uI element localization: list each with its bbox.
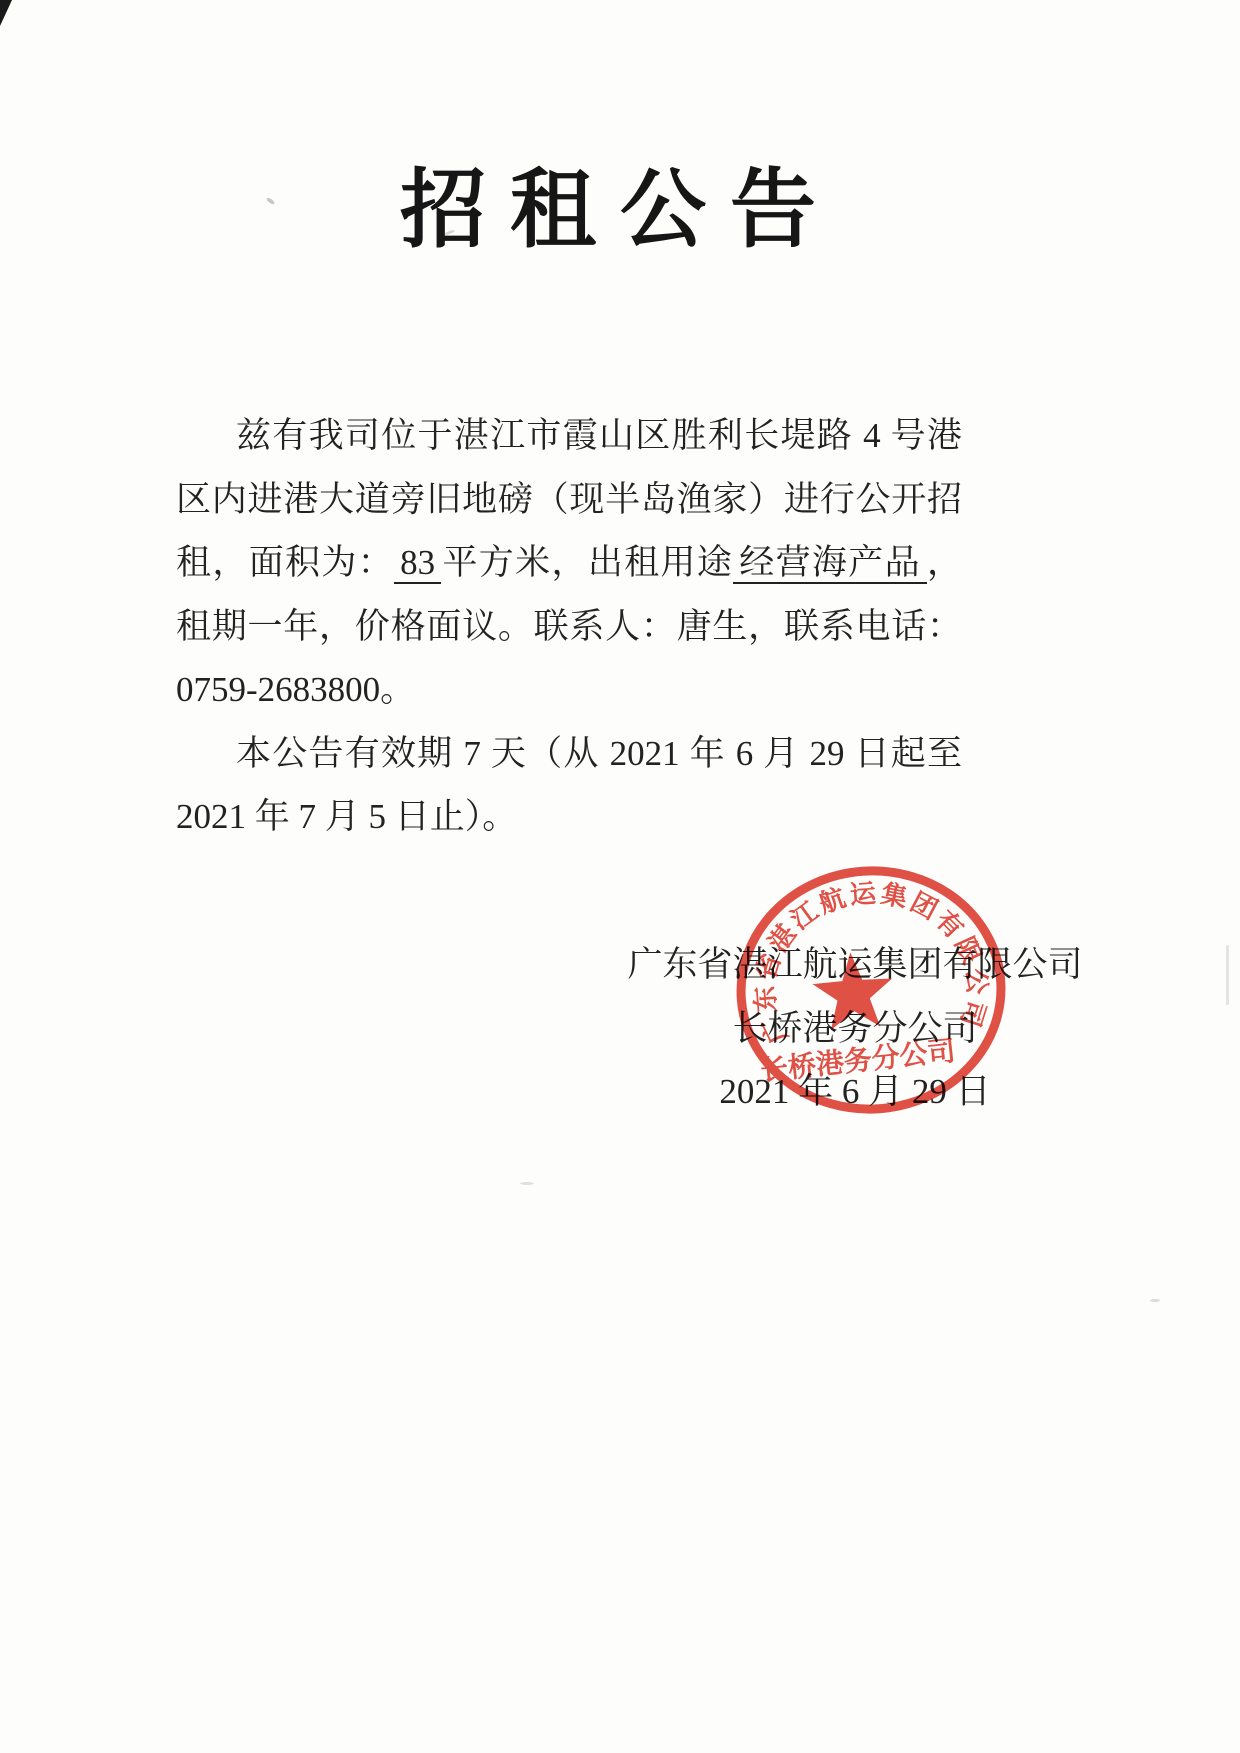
scan-artifact-corner (0, 0, 12, 26)
usage-value-underlined: 经营海产品 (733, 543, 927, 584)
scanned-document-page: 招租公告 兹有我司位于湛江市霞山区胜利长堤路 4 号港区内进港大道旁旧地磅（现半… (0, 0, 1240, 1753)
body-text-segment: 平方米，出租用途 (441, 543, 733, 582)
signature-date: 2021 年 6 月 29 日 (535, 1060, 1175, 1124)
area-value-underlined: 83 (394, 543, 441, 584)
paragraph-validity-period: 本公告有效期 7 天（从 2021 年 6 月 29 日起至 2021 年 7 … (176, 722, 962, 849)
scan-artifact (1150, 1299, 1160, 1302)
scan-artifact (1226, 945, 1229, 1005)
scan-artifact (520, 1182, 534, 1185)
signature-company: 广东省湛江航运集团有限公司 (535, 933, 1175, 997)
document-title: 招租公告 (0, 140, 1240, 264)
paragraph-rental-details: 兹有我司位于湛江市霞山区胜利长堤路 4 号港区内进港大道旁旧地磅（现半岛渔家）进… (176, 404, 962, 722)
signature-block: 广东省湛江航运集团有限公司 长桥港务分公司 2021 年 6 月 29 日 (535, 933, 1175, 1124)
signature-branch: 长桥港务分公司 (535, 997, 1175, 1061)
document-body: 兹有我司位于湛江市霞山区胜利长堤路 4 号港区内进港大道旁旧地磅（现半岛渔家）进… (176, 404, 962, 849)
